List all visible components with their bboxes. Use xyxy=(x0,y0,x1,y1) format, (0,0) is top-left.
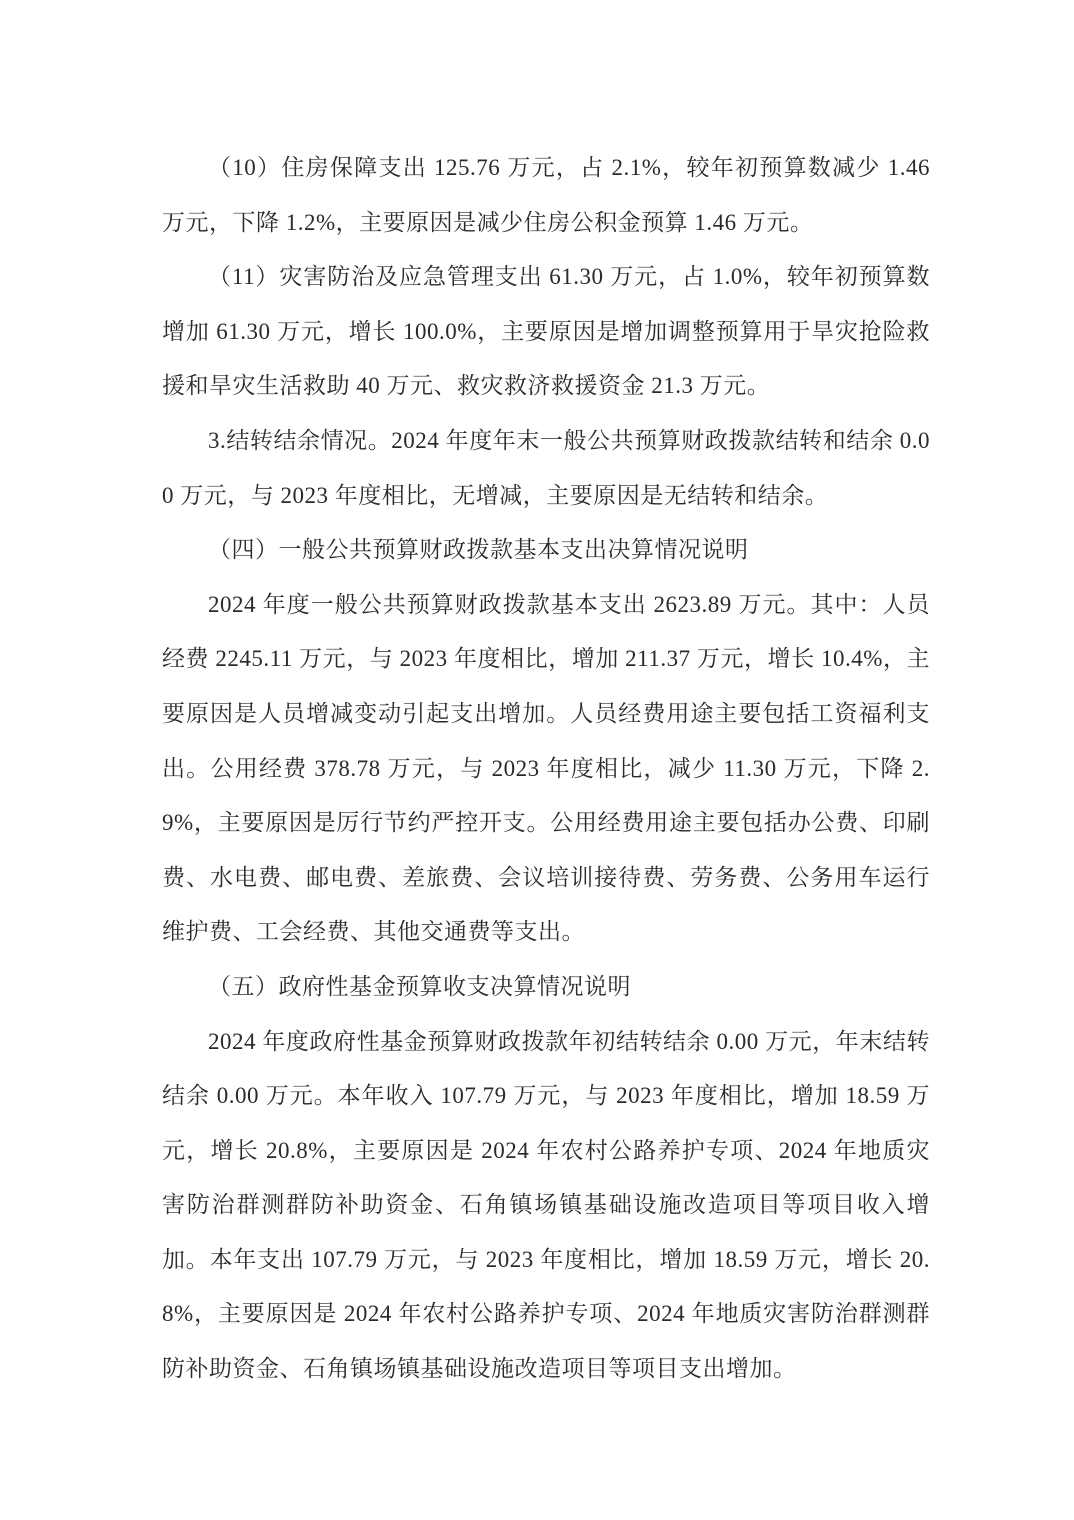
paragraph-basic-expenditure-detail: 2024 年度一般公共预算财政拨款基本支出 2623.89 万元。其中：人员经费… xyxy=(162,578,930,960)
paragraph-item-11-disaster-prevention: （11）灾害防治及应急管理支出 61.30 万元，占 1.0%，较年初预算数增加… xyxy=(162,250,930,414)
section-heading-basic-expenditure: （四）一般公共预算财政拨款基本支出决算情况说明 xyxy=(162,523,930,578)
paragraph-carryover-balance: 3.结转结余情况。2024 年度年末一般公共预算财政拨款结转和结余 0.00 万… xyxy=(162,414,930,523)
section-heading-government-fund: （五）政府性基金预算收支决算情况说明 xyxy=(162,960,930,1015)
paragraph-item-10-housing-support: （10）住房保障支出 125.76 万元，占 2.1%，较年初预算数减少 1.4… xyxy=(162,141,930,250)
document-body: （10）住房保障支出 125.76 万元，占 2.1%，较年初预算数减少 1.4… xyxy=(162,141,930,1397)
paragraph-government-fund-detail: 2024 年度政府性基金预算财政拨款年初结转结余 0.00 万元，年末结转结余 … xyxy=(162,1015,930,1397)
document-page: （10）住房保障支出 125.76 万元，占 2.1%，较年初预算数减少 1.4… xyxy=(0,0,1074,1520)
